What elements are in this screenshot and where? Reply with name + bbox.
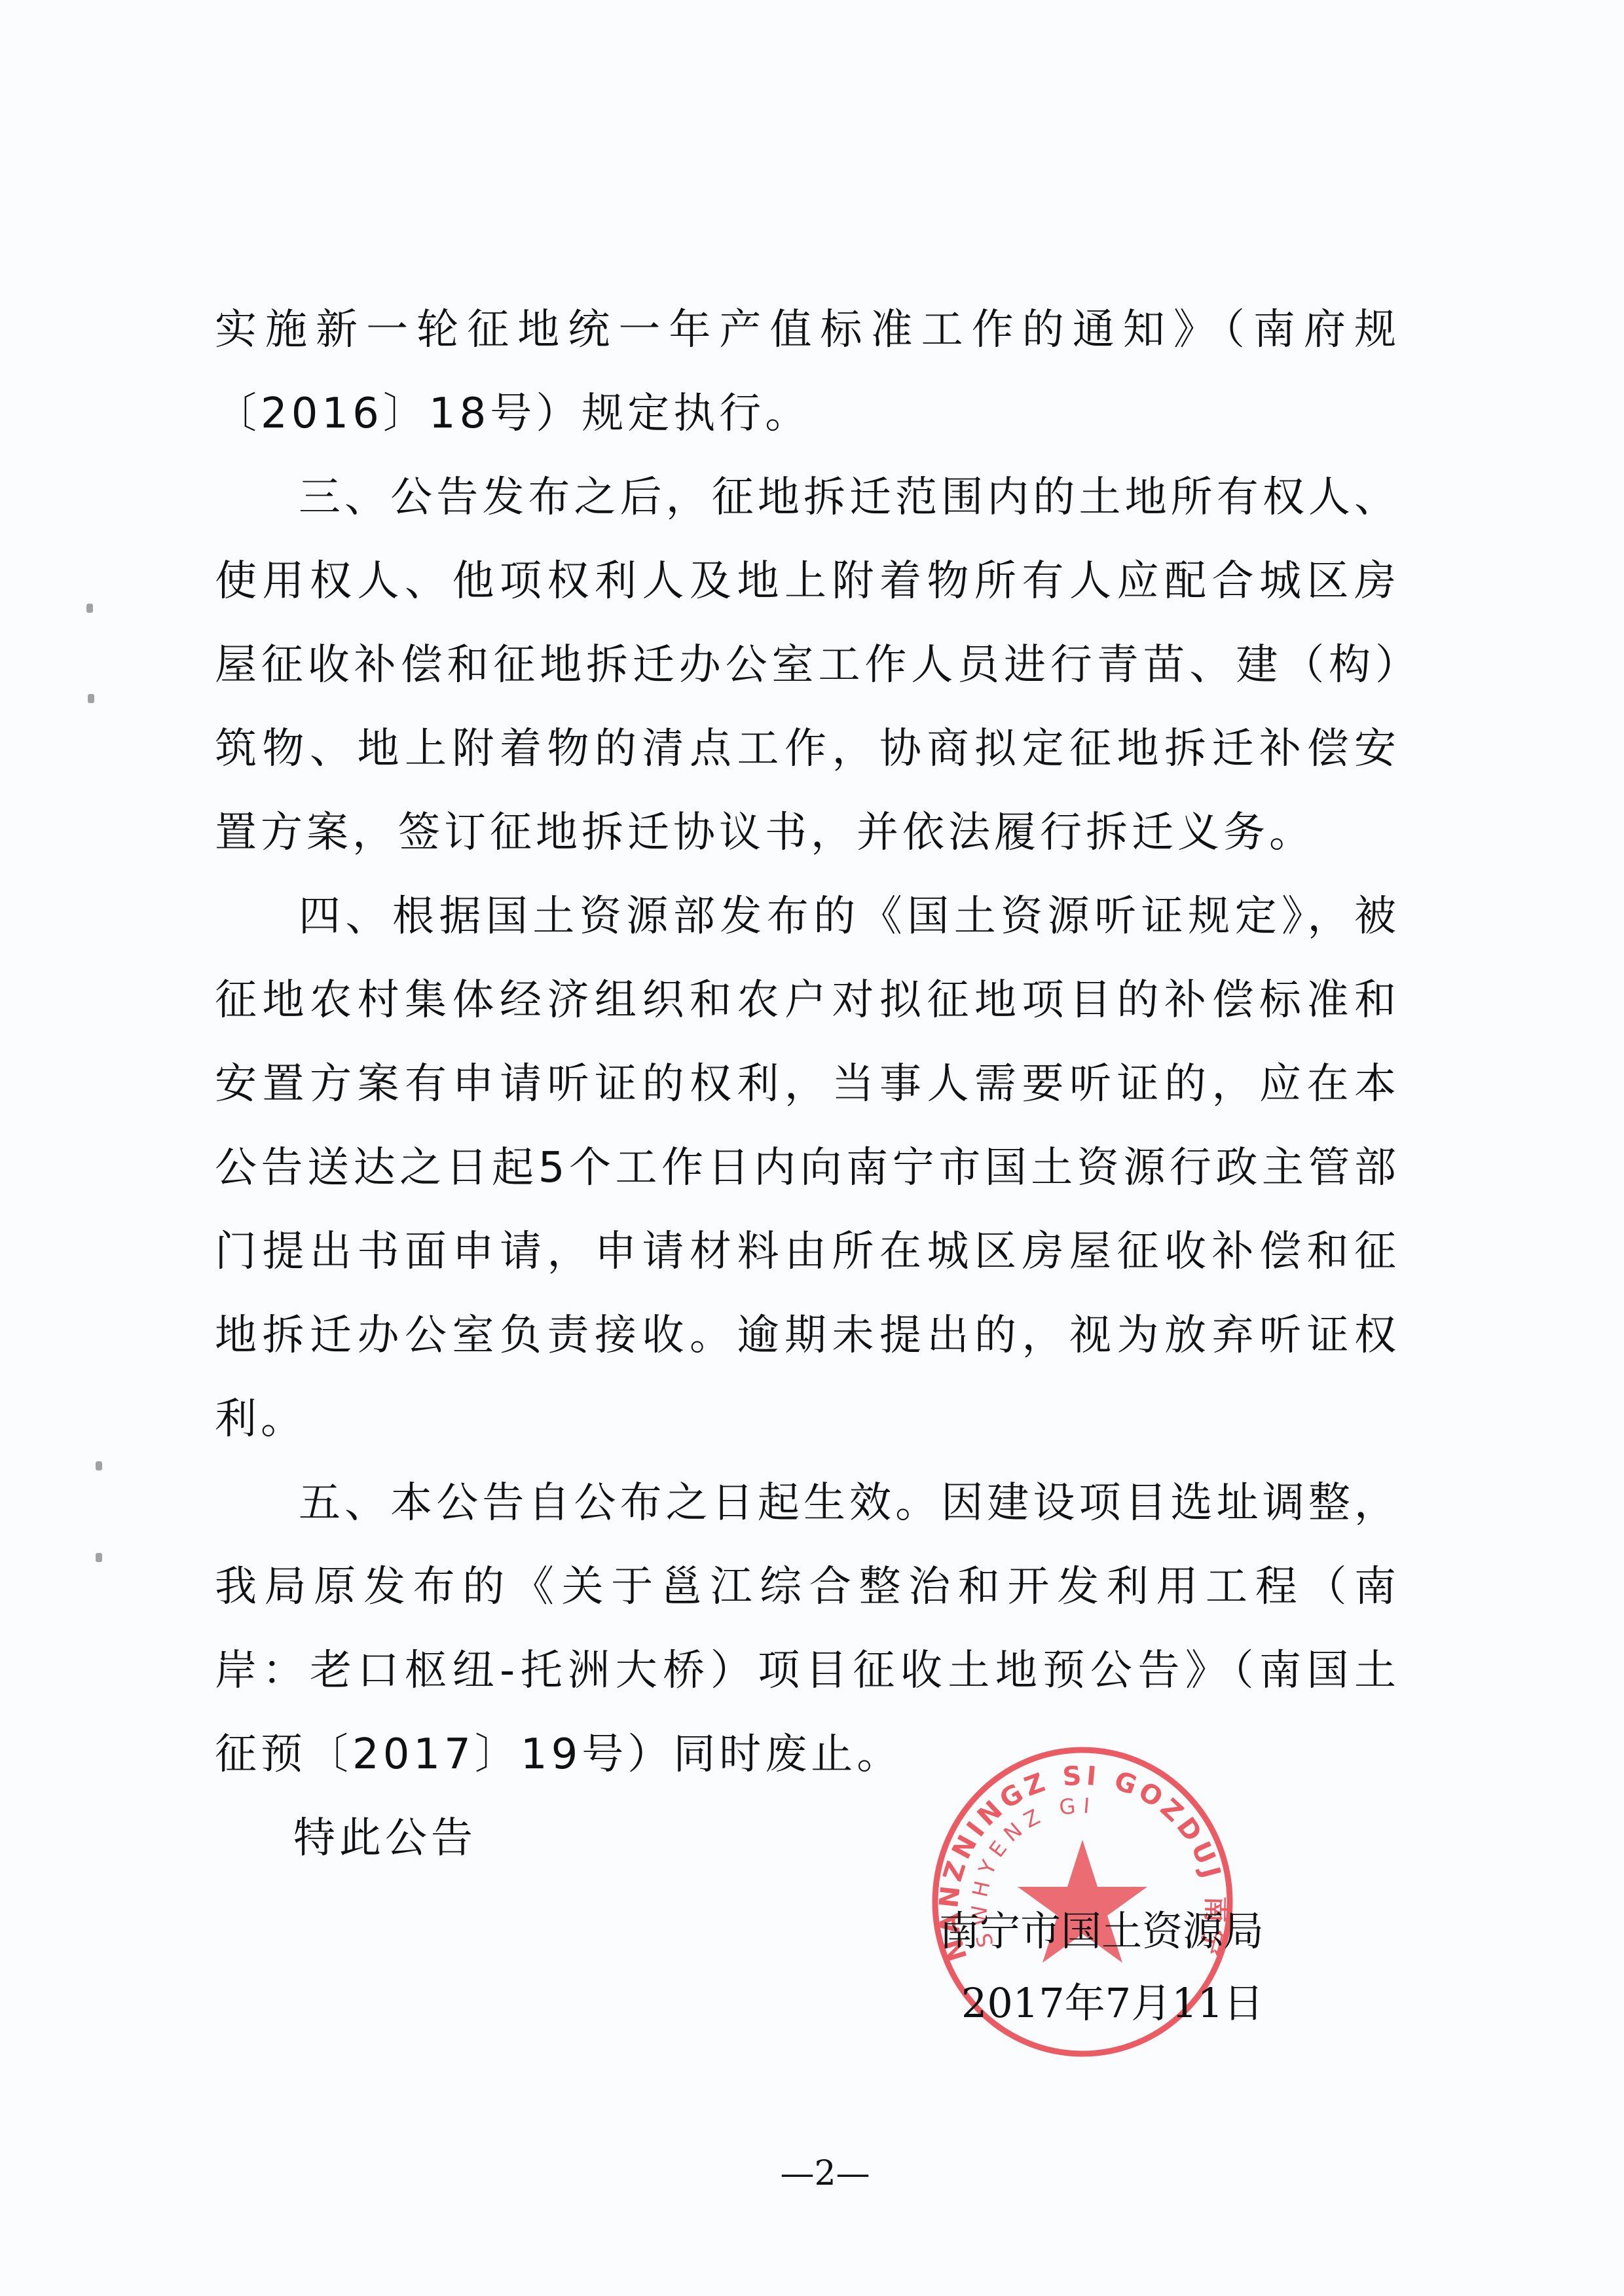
document-body: 实施新一轮征地统一年产值标准工作的通知》（南府规〔2016〕18号）规定执行。 …	[215, 288, 1400, 1880]
paragraph-continued: 实施新一轮征地统一年产值标准工作的通知》（南府规〔2016〕18号）规定执行。	[215, 288, 1400, 456]
document-page: 实施新一轮征地统一年产值标准工作的通知》（南府规〔2016〕18号）规定执行。 …	[0, 0, 1624, 2296]
page-number: —2—	[760, 2154, 891, 2193]
issuing-organization: 南宁市国土资源局	[910, 1895, 1264, 1967]
scan-mark	[96, 1461, 102, 1470]
issue-date: 2017年7月11日	[910, 1967, 1264, 2039]
scan-mark	[86, 604, 93, 613]
paragraph-three: 三、公告发布之后，征地拆迁范围内的土地所有权人、使用权人、他项权利人及地上附着物…	[215, 456, 1400, 875]
paragraph-four: 四、根据国土资源部发布的《国土资源听证规定》，被征地农村集体经济组织和农户对拟征…	[215, 875, 1400, 1461]
signature-block: 南宁市国土资源局 2017年7月11日	[910, 1895, 1264, 2039]
scan-mark	[96, 1553, 102, 1562]
scan-mark	[88, 694, 94, 703]
